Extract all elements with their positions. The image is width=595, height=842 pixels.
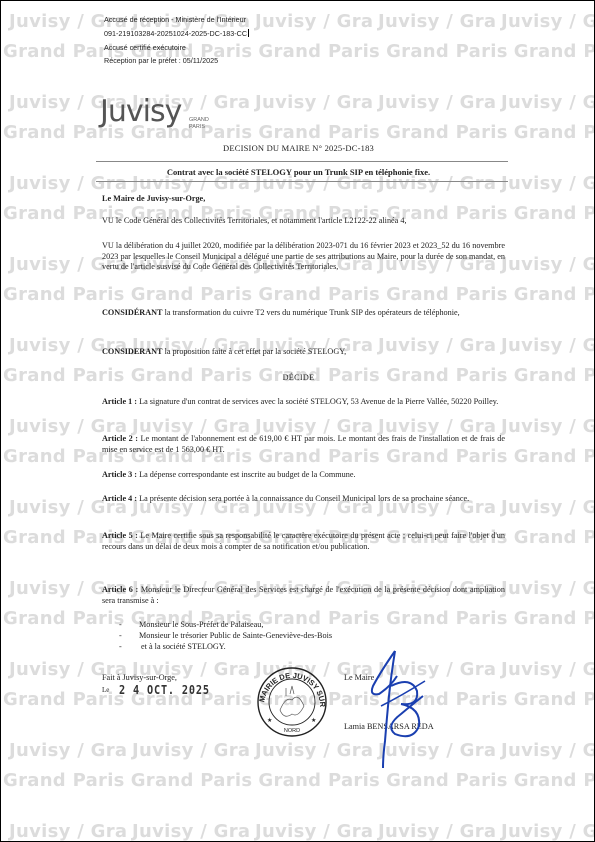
article-2: Article 2 : Le montant de l'abonnement e…	[102, 434, 505, 455]
article-label: Article 6 :	[102, 585, 138, 594]
document-page: Juvisy / GraJuvisy / GraJuvisy / GraJuvi…	[0, 0, 595, 842]
logo-subtitle: GRAND PARIS	[189, 117, 209, 131]
vu-deliberation: VU la délibération du 4 juillet 2020, mo…	[102, 241, 505, 273]
article-label: Article 4 :	[102, 494, 137, 503]
considerant-label: CONSIDÉRANT	[102, 308, 163, 317]
article-5: Article 5 : Le Maire certifie sous sa re…	[102, 531, 505, 552]
recipient-text: Monsieur le trésorier Public de Sainte-G…	[139, 631, 332, 640]
decide-heading: DÉCIDE	[1, 373, 595, 382]
article-label: Article 2 :	[102, 434, 138, 443]
date-stamp: 2 4 OCT. 2025	[119, 683, 210, 697]
divider-bottom	[96, 181, 508, 182]
document-content: Accusé de réception - Ministère de l'Int…	[1, 1, 595, 842]
svg-text:★: ★	[311, 717, 316, 724]
bullet: -	[119, 630, 139, 641]
reception-stamp-line2: 091-219103284-20251024-2025-DC-183-CC	[104, 29, 249, 38]
considerant-text: la proposition faite à cet effet par la …	[163, 347, 347, 356]
vu-code: VU le Code Général des Collectivités Ter…	[102, 216, 505, 227]
logo-sub-paris: PARIS	[189, 124, 209, 131]
svg-text:★: ★	[267, 717, 272, 724]
bullet: -	[119, 619, 139, 630]
recipient-text: Monsieur le Sous-Préfet de Palaiseau,	[139, 620, 263, 629]
signature-icon	[361, 646, 431, 771]
text-cursor	[248, 29, 249, 37]
article-text: Le Maire certifie sous sa responsabilité…	[102, 531, 505, 551]
recipient-item: - et à la société STELOGY.	[119, 641, 332, 652]
recipient-item: -Monsieur le trésorier Public de Sainte-…	[119, 630, 332, 641]
considerant-1: CONSIDÉRANT la transformation du cuivre …	[102, 308, 505, 319]
article-text: Monsieur le Directeur Général des Servic…	[102, 585, 505, 605]
article-1: Article 1 : La signature d'un contrat de…	[102, 397, 505, 408]
decision-title: DECISION DU MAIRE N° 2025-DC-183	[1, 143, 595, 153]
reception-stamp-line3: Accusé certifié exécutoire	[104, 43, 186, 52]
recipient-text: et à la société STELOGY.	[139, 642, 226, 651]
recipient-item: -Monsieur le Sous-Préfet de Palaiseau,	[119, 619, 332, 630]
article-text: La signature d'un contrat de services av…	[137, 397, 498, 406]
acknowledgement-id: 091-219103284-20251024-2025-DC-183-CC	[104, 29, 247, 38]
article-label: Article 3 :	[102, 470, 137, 479]
considerant-2: CONSIDERANT la proposition faite à cet e…	[102, 347, 505, 358]
svg-text:NORD: NORD	[284, 728, 300, 734]
divider-top	[96, 161, 508, 162]
reception-stamp-line4: Réception par le préfet : 05/11/2025	[104, 56, 218, 65]
article-6: Article 6 : Monsieur le Directeur Généra…	[102, 585, 505, 606]
municipal-seal-icon: MAIRIE DE JUVISY SUR ORGE ★ ★ NORD	[256, 666, 328, 738]
issuer: Le Maire de Juvisy-sur-Orge,	[102, 194, 505, 205]
article-label: Article 1 :	[102, 397, 137, 406]
considerant-label: CONSIDERANT	[102, 347, 163, 356]
decision-subject: Contrat avec la société STELOGY pour un …	[1, 167, 595, 177]
article-text: La présente décision sera portée à la co…	[137, 494, 469, 503]
recipients-list: -Monsieur le Sous-Préfet de Palaiseau, -…	[119, 619, 332, 652]
logo-sub-grand: GRAND	[189, 117, 209, 124]
article-text: La dépense correspondante est inscrite a…	[137, 470, 356, 479]
article-text: Le montant de l'abonnement est de 619,00…	[102, 434, 505, 454]
article-label: Article 5 :	[102, 531, 138, 540]
reception-stamp-line1: Accusé de réception - Ministère de l'Int…	[104, 15, 246, 24]
article-3: Article 3 : La dépense correspondante es…	[102, 470, 505, 481]
juvisy-logo: Juvisy	[100, 94, 181, 129]
considerant-text: la transformation du cuivre T2 vers du n…	[163, 308, 460, 317]
article-4: Article 4 : La présente décision sera po…	[102, 494, 505, 505]
bullet: -	[119, 641, 139, 652]
